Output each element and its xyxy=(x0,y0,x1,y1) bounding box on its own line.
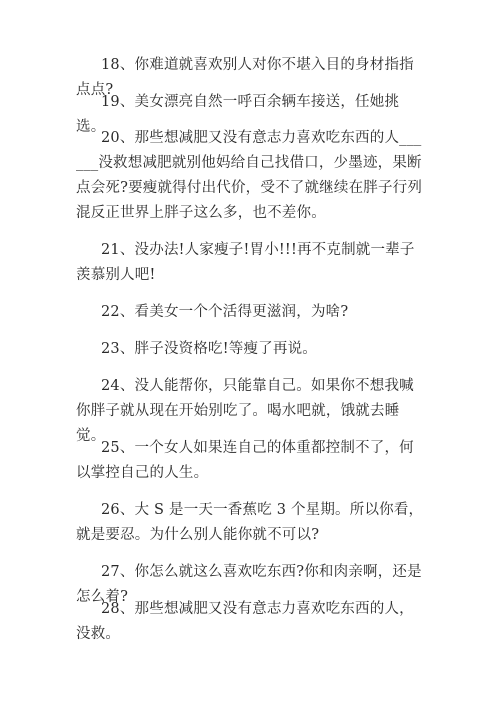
paragraph-21: 21、没办法!人家瘦子!胃小!!!再不克制就一辈子羡慕别人吧! xyxy=(76,238,424,288)
paragraph-25: 25、一个女人如果连自己的体重都控制不了，何以掌控自己的人生。 xyxy=(76,436,424,486)
paragraph-28: 28、那些想减肥又没有意志力喜欢吃东西的人，没救。 xyxy=(76,597,424,647)
paragraph-23: 23、胖子没资格吃!等瘦了再说。 xyxy=(76,337,424,362)
paragraph-26: 26、大 S 是一天一香蕉吃 3 个星期。所以你看，就是要忍。为什么别人能你就不… xyxy=(76,498,424,548)
paragraph-22: 22、看美女一个个活得更滋润，为啥? xyxy=(76,300,424,325)
paragraph-20: 20、那些想减肥又没有意志力喜欢吃东西的人______没救想减肥就别他妈给自己找… xyxy=(76,126,424,226)
document-page: 18、你难道就喜欢别人对你不堪入目的身材指指点点? 19、美女漂亮自然一呼百余辆… xyxy=(0,0,500,708)
